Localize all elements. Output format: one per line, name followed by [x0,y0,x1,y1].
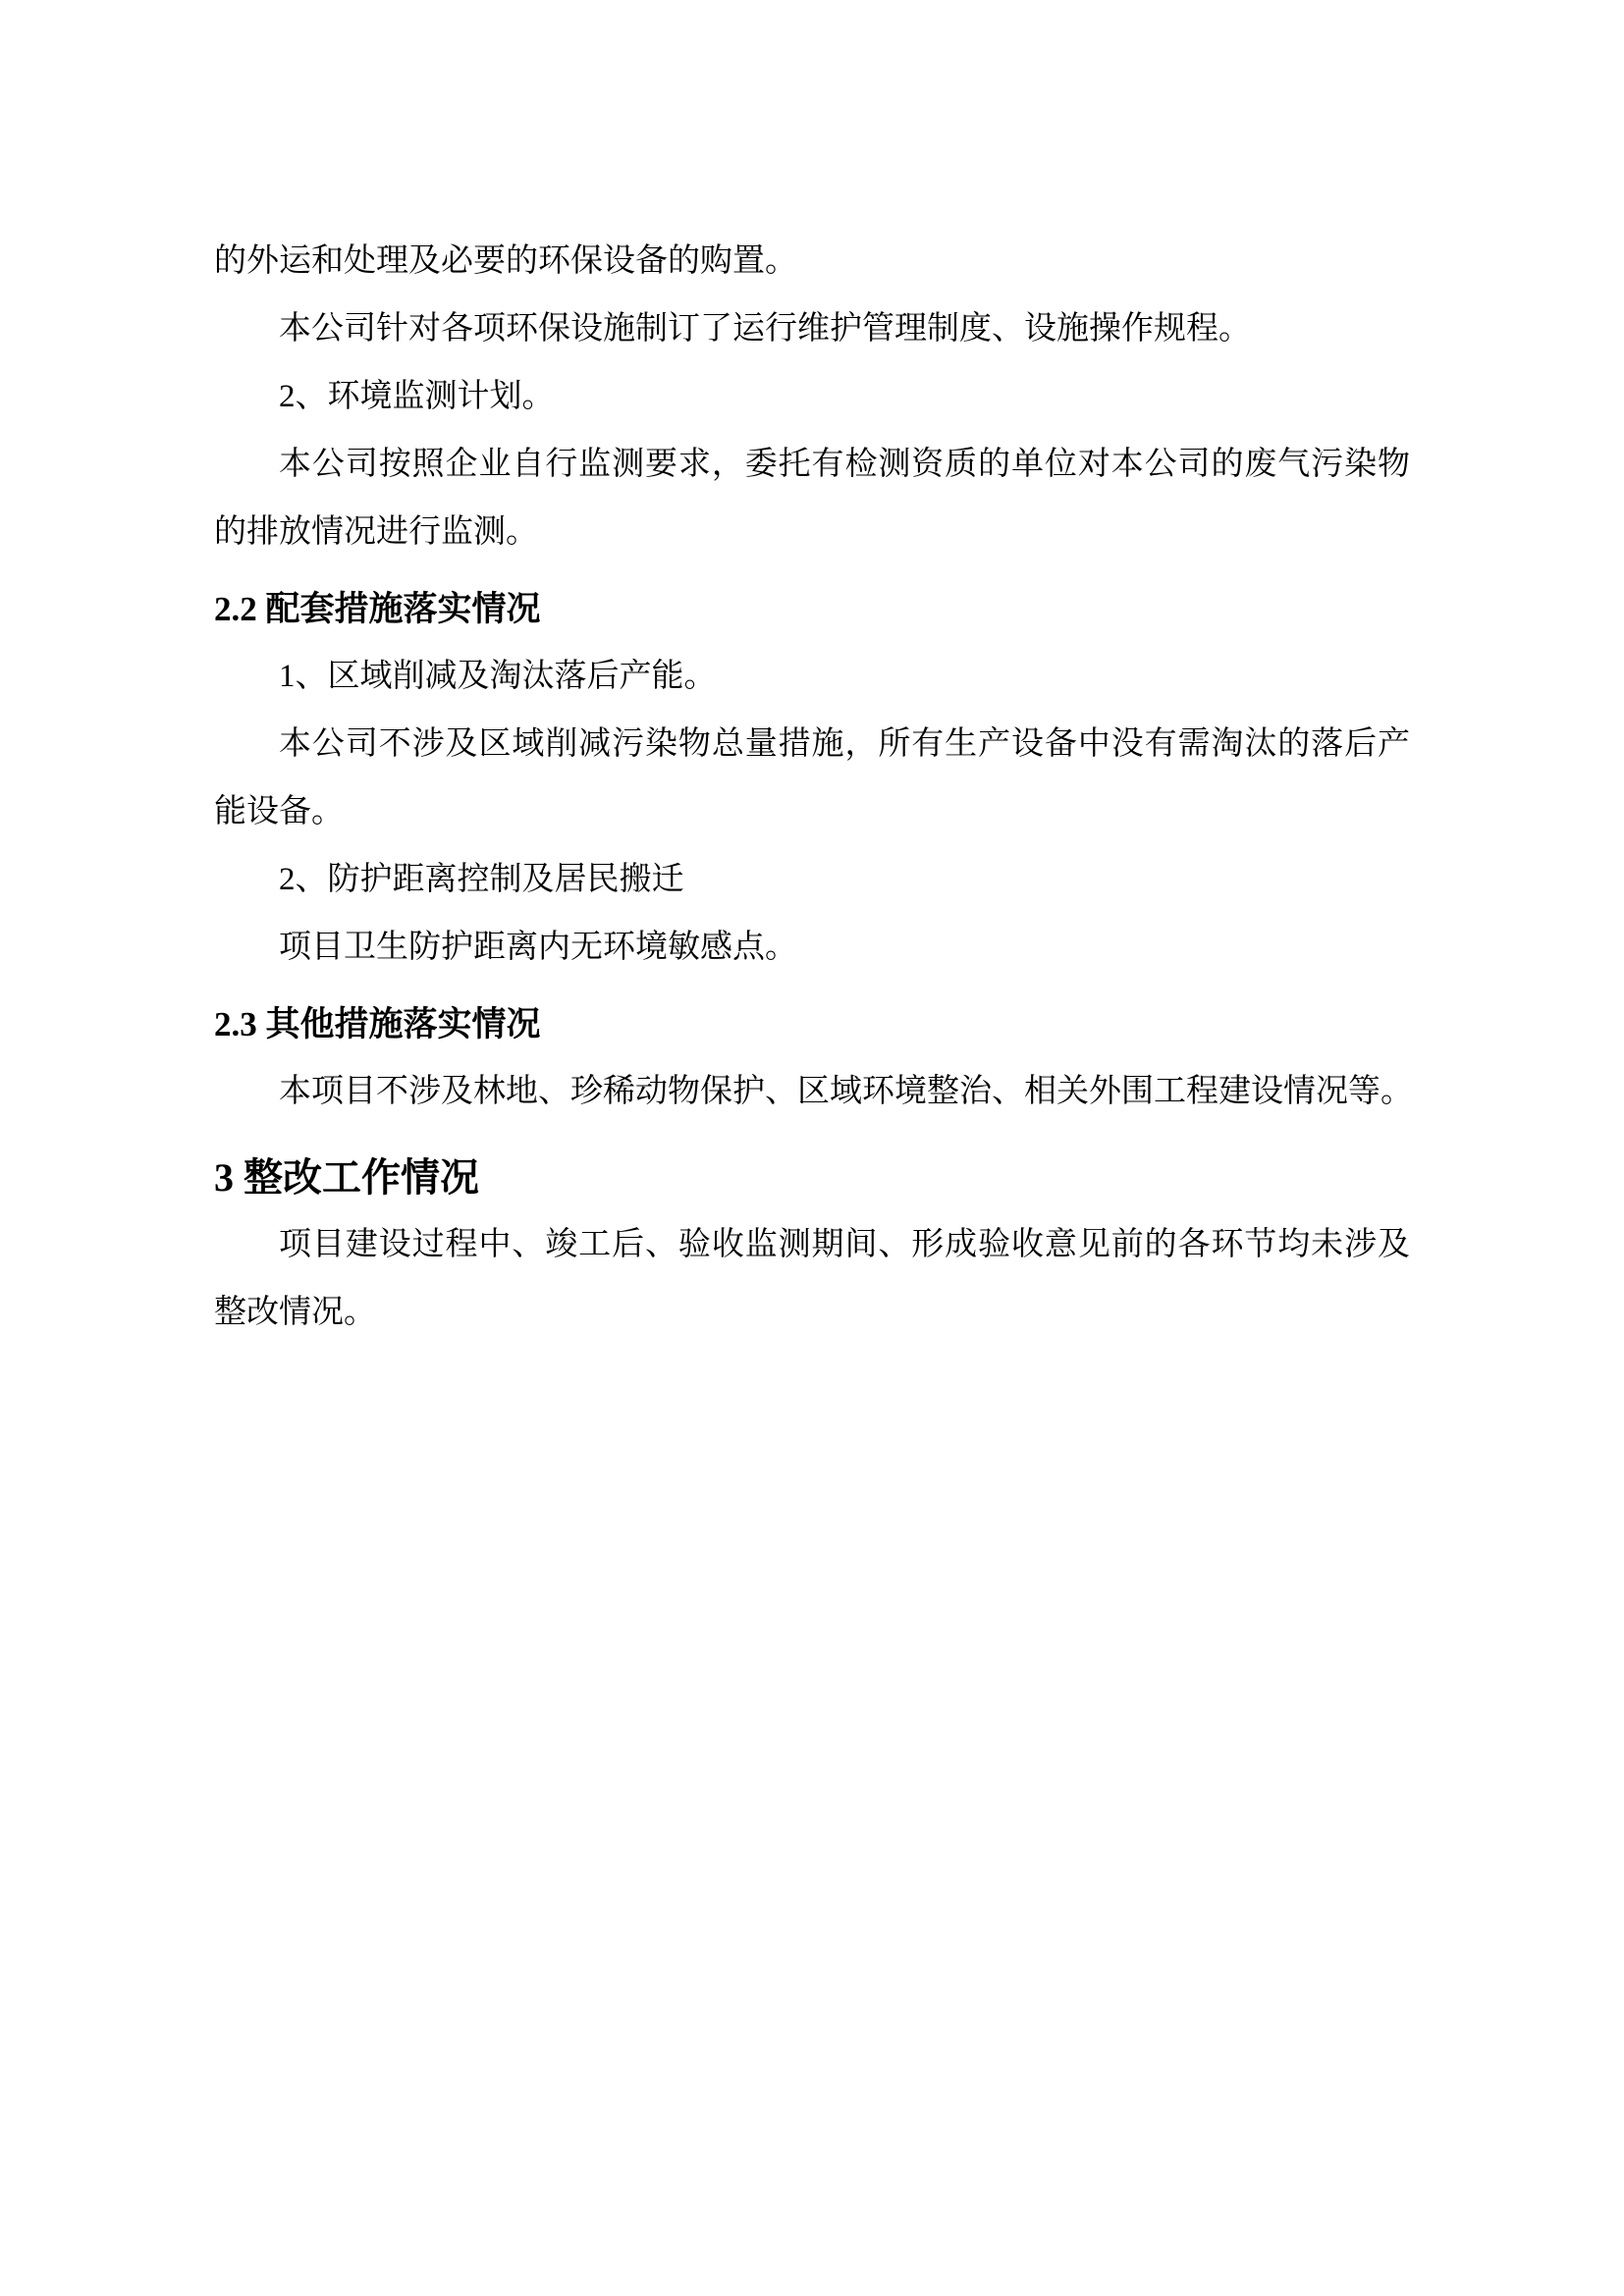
paragraph-line: 本公司按照企业自行监测要求，委托有检测资质的单位对本公司的废气污染物 [214,431,1410,499]
paragraph-line: 项目卫生防护距离内无环境敏感点。 [214,914,1410,982]
paragraph-line: 本项目不涉及林地、珍稀动物保护、区域环境整治、相关外围工程建设情况等。 [214,1058,1410,1126]
paragraph-line: 能设备。 [214,778,1410,846]
section-heading: 2.2 配套措施落实情况 [214,575,1410,643]
paragraph-line: 1、区域削减及淘汰落后产能。 [214,643,1410,711]
paragraph-line: 本公司针对各项环保设施制订了运行维护管理制度、设施操作规程。 [214,295,1410,363]
paragraph-line: 本公司不涉及区域削减污染物总量措施，所有生产设备中没有需淘汰的落后产 [214,711,1410,778]
document-page: 的外运和处理及必要的环保设备的购置。本公司针对各项环保设施制订了运行维护管理制度… [0,0,1624,2296]
paragraph-line: 整改情况。 [214,1279,1410,1347]
paragraph-line: 2、防护距离控制及居民搬迁 [214,846,1410,914]
section-heading: 2.3 其他措施落实情况 [214,990,1410,1058]
paragraph-line: 项目建设过程中、竣工后、验收监测期间、形成验收意见前的各环节均未涉及 [214,1211,1410,1279]
chapter-heading: 3 整改工作情况 [214,1144,1410,1211]
paragraph-line: 2、环境监测计划。 [214,363,1410,431]
paragraph-line: 的外运和处理及必要的环保设备的购置。 [214,228,1410,295]
paragraph-line: 的排放情况进行监测。 [214,499,1410,566]
document-body: 的外运和处理及必要的环保设备的购置。本公司针对各项环保设施制订了运行维护管理制度… [214,228,1410,1347]
